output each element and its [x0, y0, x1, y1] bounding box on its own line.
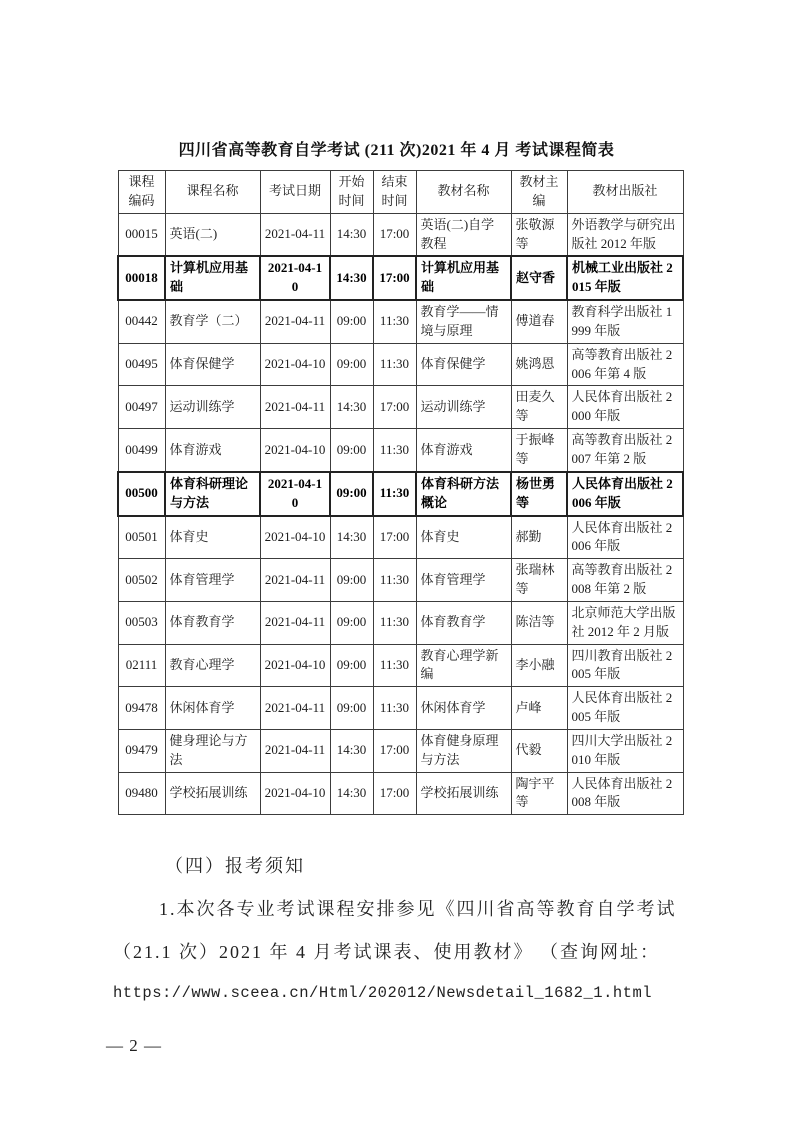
table-row: 09480学校拓展训练2021-04-1014:3017:00学校拓展训练陶宇平… — [118, 772, 683, 815]
cell-publisher: 教育科学出版社 1999 年版 — [567, 300, 683, 343]
cell-textbook: 体育健身原理与方法 — [416, 729, 511, 772]
cell-course: 运动训练学 — [165, 386, 260, 429]
cell-end: 11:30 — [373, 429, 416, 472]
cell-start: 14:30 — [330, 772, 373, 815]
cell-publisher: 机械工业出版社 2015 年版 — [567, 256, 683, 300]
document-page: 四川省高等教育自学考试 (211 次)2021 年 4 月 考试课程简表 课程编… — [0, 0, 793, 1122]
table-row: 02111教育心理学2021-04-1009:0011:30教育心理学新编李小融… — [118, 644, 683, 687]
cell-publisher: 高等教育出版社 2007 年第 2 版 — [567, 429, 683, 472]
header-course-name: 课程名称 — [165, 171, 260, 214]
notes-section: （四）报考须知 1.本次各专业考试课程安排参见《四川省高等教育自学考试 （21.… — [113, 857, 685, 1025]
header-textbook-publisher: 教材出版社 — [567, 171, 683, 214]
table-row: 09479健身理论与方法2021-04-1114:3017:00体育健身原理与方… — [118, 729, 683, 772]
cell-date: 2021-04-11 — [260, 729, 330, 772]
cell-textbook: 计算机应用基础 — [416, 256, 511, 300]
header-textbook-name: 教材名称 — [416, 171, 511, 214]
cell-start: 14:30 — [330, 213, 373, 256]
table-body: 00015英语(二)2021-04-1114:3017:00英语(二)自学教程张… — [118, 213, 683, 815]
cell-code: 00497 — [118, 386, 165, 429]
cell-publisher: 高等教育出版社 2008 年第 2 版 — [567, 559, 683, 602]
cell-end: 17:00 — [373, 213, 416, 256]
header-start-time: 开始时间 — [330, 171, 373, 214]
cell-textbook: 教育学——情境与原理 — [416, 300, 511, 343]
cell-date: 2021-04-11 — [260, 386, 330, 429]
table-row: 00018计算机应用基础2021-04-1014:3017:00计算机应用基础赵… — [118, 256, 683, 300]
cell-end: 17:00 — [373, 516, 416, 559]
cell-start: 14:30 — [330, 386, 373, 429]
cell-publisher: 人民体育出版社 2005 年版 — [567, 687, 683, 730]
cell-textbook: 教育心理学新编 — [416, 644, 511, 687]
cell-date: 2021-04-10 — [260, 256, 330, 300]
cell-end: 11:30 — [373, 687, 416, 730]
cell-publisher: 北京师范大学出版社 2012 年 2 月版 — [567, 601, 683, 644]
cell-code: 00502 — [118, 559, 165, 602]
cell-code: 09480 — [118, 772, 165, 815]
cell-editor: 代毅 — [511, 729, 567, 772]
cell-publisher: 人民体育出版社 2006 年版 — [567, 472, 683, 516]
cell-publisher: 外语教学与研究出版社 2012 年版 — [567, 213, 683, 256]
table-header-row: 课程编码 课程名称 考试日期 开始时间 结束时间 教材名称 教材主编 教材出版社 — [118, 171, 683, 214]
table-row: 00495体育保健学2021-04-1009:0011:30体育保健学姚鸿恩高等… — [118, 343, 683, 386]
cell-start: 09:00 — [330, 687, 373, 730]
cell-editor: 郝勤 — [511, 516, 567, 559]
table-row: 00503体育教育学2021-04-1109:0011:30体育教育学陈洁等北京… — [118, 601, 683, 644]
cell-date: 2021-04-10 — [260, 343, 330, 386]
cell-editor: 杨世勇等 — [511, 472, 567, 516]
cell-course: 体育科研理论与方法 — [165, 472, 260, 516]
cell-editor: 于振峰等 — [511, 429, 567, 472]
cell-date: 2021-04-10 — [260, 772, 330, 815]
page-title: 四川省高等教育自学考试 (211 次)2021 年 4 月 考试课程简表 — [0, 137, 793, 160]
cell-date: 2021-04-10 — [260, 644, 330, 687]
cell-date: 2021-04-11 — [260, 559, 330, 602]
cell-textbook: 运动训练学 — [416, 386, 511, 429]
cell-publisher: 人民体育出版社 2006 年版 — [567, 516, 683, 559]
cell-course: 体育管理学 — [165, 559, 260, 602]
cell-course: 休闲体育学 — [165, 687, 260, 730]
cell-date: 2021-04-11 — [260, 687, 330, 730]
table-row: 00497运动训练学2021-04-1114:3017:00运动训练学田麦久等人… — [118, 386, 683, 429]
cell-code: 00018 — [118, 256, 165, 300]
cell-start: 09:00 — [330, 559, 373, 602]
cell-course: 学校拓展训练 — [165, 772, 260, 815]
cell-end: 11:30 — [373, 300, 416, 343]
cell-end: 17:00 — [373, 729, 416, 772]
cell-start: 09:00 — [330, 300, 373, 343]
cell-code: 00500 — [118, 472, 165, 516]
cell-end: 11:30 — [373, 472, 416, 516]
cell-start: 09:00 — [330, 429, 373, 472]
cell-date: 2021-04-11 — [260, 601, 330, 644]
table-row: 00442教育学（二）2021-04-1109:0011:30教育学——情境与原… — [118, 300, 683, 343]
notes-line-2: （21.1 次）2021 年 4 月考试课表、使用教材》 （查询网址： — [113, 943, 685, 963]
cell-date: 2021-04-10 — [260, 472, 330, 516]
cell-editor: 李小融 — [511, 644, 567, 687]
cell-editor: 赵守香 — [511, 256, 567, 300]
cell-date: 2021-04-10 — [260, 516, 330, 559]
cell-editor: 傅道春 — [511, 300, 567, 343]
cell-course: 体育教育学 — [165, 601, 260, 644]
table-row: 00502体育管理学2021-04-1109:0011:30体育管理学张瑞林等高… — [118, 559, 683, 602]
cell-editor: 卢峰 — [511, 687, 567, 730]
cell-textbook: 体育史 — [416, 516, 511, 559]
cell-editor: 张瑞林等 — [511, 559, 567, 602]
cell-end: 11:30 — [373, 559, 416, 602]
cell-date: 2021-04-10 — [260, 429, 330, 472]
table-row: 00499体育游戏2021-04-1009:0011:30体育游戏于振峰等高等教… — [118, 429, 683, 472]
cell-course: 教育心理学 — [165, 644, 260, 687]
cell-end: 17:00 — [373, 386, 416, 429]
header-end-time: 结束时间 — [373, 171, 416, 214]
cell-start: 14:30 — [330, 729, 373, 772]
cell-editor: 田麦久等 — [511, 386, 567, 429]
cell-code: 00015 — [118, 213, 165, 256]
cell-start: 09:00 — [330, 472, 373, 516]
table-row: 09478休闲体育学2021-04-1109:0011:30休闲体育学卢峰人民体… — [118, 687, 683, 730]
cell-editor: 陈洁等 — [511, 601, 567, 644]
cell-course: 教育学（二） — [165, 300, 260, 343]
cell-publisher: 高等教育出版社 2006 年第 4 版 — [567, 343, 683, 386]
cell-editor: 陶宇平等 — [511, 772, 567, 815]
table-header: 课程编码 课程名称 考试日期 开始时间 结束时间 教材名称 教材主编 教材出版社 — [118, 171, 683, 214]
cell-textbook: 体育教育学 — [416, 601, 511, 644]
cell-course: 体育游戏 — [165, 429, 260, 472]
cell-code: 02111 — [118, 644, 165, 687]
page-number: — 2 — — [106, 1036, 162, 1056]
cell-code: 00499 — [118, 429, 165, 472]
cell-publisher: 四川教育出版社 2005 年版 — [567, 644, 683, 687]
table-row: 00015英语(二)2021-04-1114:3017:00英语(二)自学教程张… — [118, 213, 683, 256]
cell-end: 11:30 — [373, 601, 416, 644]
cell-date: 2021-04-11 — [260, 213, 330, 256]
cell-start: 14:30 — [330, 516, 373, 559]
cell-course: 计算机应用基础 — [165, 256, 260, 300]
cell-code: 00503 — [118, 601, 165, 644]
cell-code: 00442 — [118, 300, 165, 343]
cell-end: 17:00 — [373, 772, 416, 815]
header-course-code: 课程编码 — [118, 171, 165, 214]
cell-publisher: 人民体育出版社 2008 年版 — [567, 772, 683, 815]
table-row: 00501体育史2021-04-1014:3017:00体育史郝勤人民体育出版社… — [118, 516, 683, 559]
cell-course: 体育保健学 — [165, 343, 260, 386]
cell-code: 09479 — [118, 729, 165, 772]
cell-textbook: 休闲体育学 — [416, 687, 511, 730]
cell-editor: 姚鸿恩 — [511, 343, 567, 386]
table-row: 00500体育科研理论与方法2021-04-1009:0011:30体育科研方法… — [118, 472, 683, 516]
cell-code: 00495 — [118, 343, 165, 386]
cell-end: 11:30 — [373, 644, 416, 687]
cell-publisher: 四川大学出版社 2010 年版 — [567, 729, 683, 772]
cell-end: 17:00 — [373, 256, 416, 300]
cell-textbook: 体育管理学 — [416, 559, 511, 602]
cell-editor: 张敬源等 — [511, 213, 567, 256]
cell-code: 09478 — [118, 687, 165, 730]
exam-schedule-table: 课程编码 课程名称 考试日期 开始时间 结束时间 教材名称 教材主编 教材出版社… — [117, 170, 684, 815]
cell-start: 09:00 — [330, 343, 373, 386]
cell-start: 09:00 — [330, 644, 373, 687]
cell-end: 11:30 — [373, 343, 416, 386]
cell-publisher: 人民体育出版社 2000 年版 — [567, 386, 683, 429]
cell-code: 00501 — [118, 516, 165, 559]
cell-textbook: 体育科研方法概论 — [416, 472, 511, 516]
header-textbook-editor: 教材主编 — [511, 171, 567, 214]
cell-date: 2021-04-11 — [260, 300, 330, 343]
cell-textbook: 英语(二)自学教程 — [416, 213, 511, 256]
cell-course: 体育史 — [165, 516, 260, 559]
cell-course: 健身理论与方法 — [165, 729, 260, 772]
notes-url: https://www.sceea.cn/Html/202012/Newsdet… — [113, 985, 685, 1002]
header-exam-date: 考试日期 — [260, 171, 330, 214]
notes-heading: （四）报考须知 — [113, 857, 685, 877]
cell-start: 09:00 — [330, 601, 373, 644]
cell-start: 14:30 — [330, 256, 373, 300]
notes-line-1: 1.本次各专业考试课程安排参见《四川省高等教育自学考试 — [113, 900, 685, 920]
cell-textbook: 学校拓展训练 — [416, 772, 511, 815]
cell-textbook: 体育保健学 — [416, 343, 511, 386]
cell-course: 英语(二) — [165, 213, 260, 256]
cell-textbook: 体育游戏 — [416, 429, 511, 472]
